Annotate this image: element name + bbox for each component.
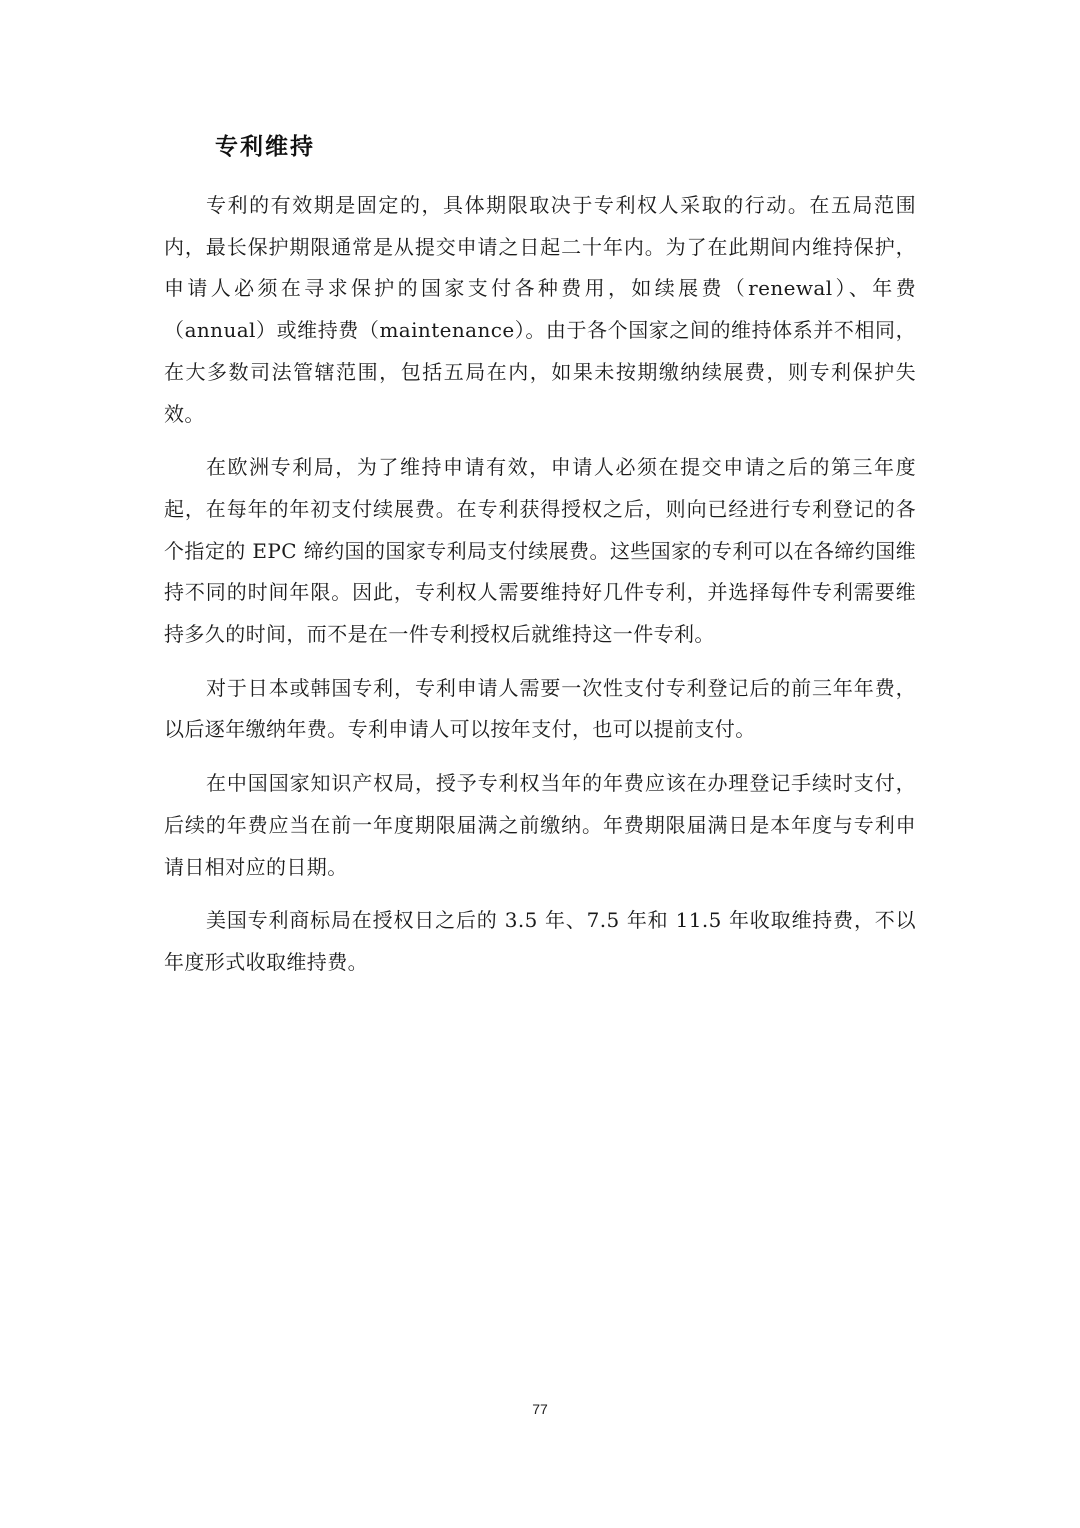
paragraph-cnipa: 在中国国家知识产权局，授予专利权当年的年费应该在办理登记手续时支付，后续的年费应… — [164, 763, 916, 888]
section-title: 专利维持 — [215, 131, 315, 163]
body-text: 专利的有效期是固定的，具体期限取决于专利权人采取的行动。在五局范围内，最长保护期… — [164, 185, 916, 996]
paragraph-uspto: 美国专利商标局在授权日之后的 3.5 年、7.5 年和 11.5 年收取维持费，… — [164, 900, 916, 983]
page-number: 77 — [0, 1401, 1080, 1417]
paragraph-epo: 在欧洲专利局，为了维持申请有效，申请人必须在提交申请之后的第三年度起，在每年的年… — [164, 447, 916, 656]
paragraph-jpo-kipo: 对于日本或韩国专利，专利申请人需要一次性支付专利登记后的前三年年费，以后逐年缴纳… — [164, 668, 916, 751]
document-page: 专利维持 专利的有效期是固定的，具体期限取决于专利权人采取的行动。在五局范围内，… — [0, 0, 1080, 1528]
paragraph-patent-term: 专利的有效期是固定的，具体期限取决于专利权人采取的行动。在五局范围内，最长保护期… — [164, 185, 916, 435]
